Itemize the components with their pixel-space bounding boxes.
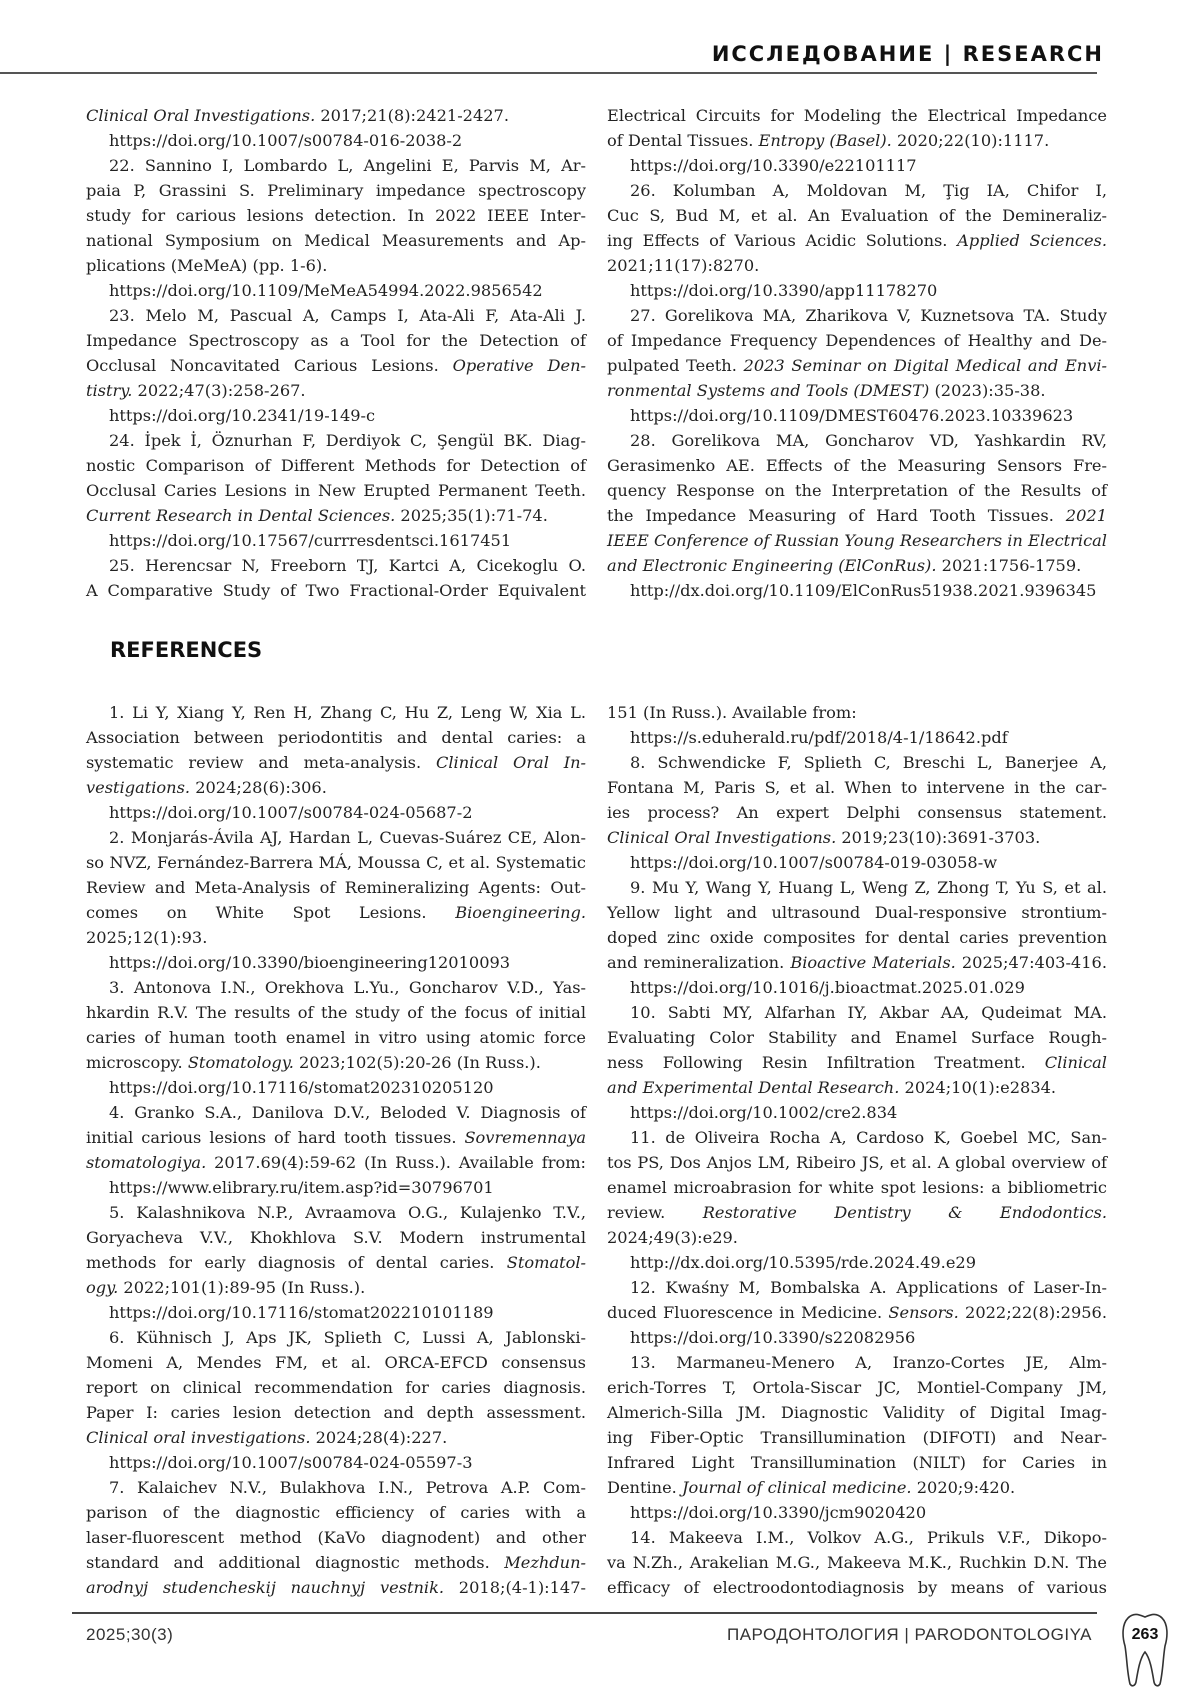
reference-line: Association between periodontitis and de… [86, 725, 586, 750]
reference-text: 2024;28(4):227. [310, 1428, 447, 1447]
reference-text: parison of the diagnostic efficiency of … [86, 1503, 586, 1522]
reference-text: national Symposium on Medical Measuremen… [86, 231, 586, 250]
reference-line: and Electronic Engineering (ElConRus). 2… [607, 553, 1107, 578]
journal-title-text: Current Research in Dental Sciences. [86, 506, 395, 525]
reference-text: Momeni A, Mendes FM, et al. ORCA-EFCD co… [86, 1353, 586, 1372]
reference-line: IEEE Conference of Russian Young Researc… [607, 528, 1107, 553]
reference-line: 14. Makeeva I.M., Volkov A.G., Prikuls V… [607, 1525, 1107, 1550]
journal-title-text: Applied Sciences. [957, 231, 1107, 250]
reference-text: 2018;(4-1):147- [444, 1578, 586, 1597]
reference-line: 7. Kalaichev N.V., Bulakhova I.N., Petro… [86, 1475, 586, 1500]
reference-text: so NVZ, Fernández-Barrera MÁ, Moussa C, … [86, 853, 586, 872]
reference-text: 10. Sabti MY, Alfarhan IY, Akbar AA, Qud… [630, 1003, 1107, 1022]
reference-text: 2025;35(1):71-74. [395, 506, 548, 525]
reference-text: review. [607, 1203, 703, 1222]
reference-text: 6. Kühnisch J, Aps JK, Splieth C, Lussi … [109, 1328, 586, 1347]
reference-text: Evaluating Color Stability and Enamel Su… [607, 1028, 1107, 1047]
reference-text: caries of human tooth enamel in vitro us… [86, 1028, 586, 1047]
reference-line: https://doi.org/10.3390/e22101117 [607, 153, 1107, 178]
reference-text: https://doi.org/10.1002/cre2.834 [630, 1103, 897, 1122]
reference-text: Occlusal Caries Lesions in New Erupted P… [86, 481, 586, 500]
reference-text: https://doi.org/10.1016/j.bioactmat.2025… [630, 978, 1025, 997]
journal-title-text: Clinical oral investigations. [86, 1428, 310, 1447]
reference-text: 28. Gorelikova MA, Goncharov VD, Yashkar… [630, 431, 1107, 450]
reference-line: Occlusal Noncavitated Carious Lesions. O… [86, 353, 586, 378]
reference-line: of Dental Tissues. Entropy (Basel). 2020… [607, 128, 1107, 153]
reference-text: of Dental Tissues. [607, 131, 759, 150]
reference-text: 2017;21(8):2421-2427. [315, 106, 509, 125]
reference-text: 3. Antonova I.N., Orekhova L.Yu., Goncha… [109, 978, 586, 997]
reference-line: https://doi.org/10.3390/bioengineering12… [86, 950, 586, 975]
journal-title-text: Restorative Dentistry & Endodontics. [703, 1203, 1107, 1222]
reference-line: paia P, Grassini S. Preliminary impedanc… [86, 178, 586, 203]
reference-text: 2019;23(10):3691-3703. [836, 828, 1040, 847]
reference-line: hkardin R.V. The results of the study of… [86, 1000, 586, 1025]
reference-text: 11. de Oliveira Rocha A, Cardoso K, Goeb… [630, 1128, 1107, 1147]
reference-line: https://doi.org/10.1109/MeMeA54994.2022.… [86, 278, 586, 303]
reference-text: report on clinical recommendation for ca… [86, 1378, 586, 1397]
reference-line: Infrared Light Transillumination (NILT) … [607, 1450, 1107, 1475]
reference-line: https://doi.org/10.3390/jcm9020420 [607, 1500, 1107, 1525]
reference-text: Association between periodontitis and de… [86, 728, 586, 747]
journal-title-text: and Experimental Dental Research. [607, 1078, 899, 1097]
reference-line: 1. Li Y, Xiang Y, Ren H, Zhang C, Hu Z, … [86, 700, 586, 725]
journal-title-text: vestigations. [86, 778, 190, 797]
section-heading-references: REFERENCES [110, 638, 262, 662]
reference-line: initial carious lesions of hard tooth ti… [86, 1125, 586, 1150]
reference-line: ronmental Systems and Tools (DMEST) (202… [607, 378, 1107, 403]
reference-text: 9. Mu Y, Wang Y, Huang L, Weng Z, Zhong … [630, 878, 1107, 897]
reference-line: http://dx.doi.org/10.5395/rde.2024.49.e2… [607, 1250, 1107, 1275]
reference-text: https://doi.org/10.1109/DMEST60476.2023.… [630, 406, 1073, 425]
references-right-column: 151 (In Russ.). Available from:https://s… [607, 700, 1107, 1600]
reference-line: ness Following Resin Infiltration Treatm… [607, 1050, 1107, 1075]
reference-line: vestigations. 2024;28(6):306. [86, 775, 586, 800]
reference-line: efficacy of electroodontodiagnosis by me… [607, 1575, 1107, 1600]
reference-line: laser-fluorescent method (KaVo diagnoden… [86, 1525, 586, 1550]
reference-line: doped zinc oxide composites for dental c… [607, 925, 1107, 950]
reference-line: Clinical Oral Investigations. 2019;23(10… [607, 825, 1107, 850]
reference-text: 2024;49(3):e29. [607, 1228, 738, 1247]
reference-text: 2022;47(3):258-267. [132, 381, 305, 400]
reference-line: Yellow light and ultrasound Dual-respons… [607, 900, 1107, 925]
journal-title-text: Sovremennaya [464, 1128, 586, 1147]
reference-text: Review and Meta-Analysis of Remineralizi… [86, 878, 586, 897]
reference-text: Gerasimenko AE. Effects of the Measuring… [607, 456, 1107, 475]
reference-text: 13. Marmaneu-Menero A, Iranzo-Cortes JE,… [630, 1353, 1107, 1372]
reference-text: 151 (In Russ.). Available from: [607, 703, 857, 722]
reference-line: Occlusal Caries Lesions in New Erupted P… [86, 478, 586, 503]
reference-text: https://www.elibrary.ru/item.asp?id=3079… [109, 1178, 494, 1197]
reference-text: pulpated Teeth. [607, 356, 744, 375]
journal-title-text: ronmental Systems and Tools (DMEST) [607, 381, 929, 400]
reference-text: https://doi.org/10.17567/currresdentsci.… [109, 531, 511, 550]
reference-line: tos PS, Dos Anjos LM, Ribeiro JS, et al.… [607, 1150, 1107, 1175]
reference-text: https://doi.org/10.1109/MeMeA54994.2022.… [109, 281, 543, 300]
reference-line: 6. Kühnisch J, Aps JK, Splieth C, Lussi … [86, 1325, 586, 1350]
reference-text: 14. Makeeva I.M., Volkov A.G., Prikuls V… [630, 1528, 1107, 1547]
reference-text: 8. Schwendicke F, Splieth C, Breschi L, … [630, 753, 1107, 772]
reference-text: https://doi.org/10.3390/e22101117 [630, 156, 917, 175]
reference-line: methods for early diagnosis of dental ca… [86, 1250, 586, 1275]
reference-text: https://doi.org/10.17116/stomat202210101… [109, 1303, 494, 1322]
reference-text: 2024;28(6):306. [190, 778, 327, 797]
reference-text: enamel microabrasion for white spot lesi… [607, 1178, 1107, 1197]
reference-line: study for carious lesions detection. In … [86, 203, 586, 228]
reference-line: arodnyj studencheskij nauchnyj vestnik. … [86, 1575, 586, 1600]
reference-line: Fontana M, Paris S, et al. When to inter… [607, 775, 1107, 800]
journal-title-text: 2021 [1066, 506, 1107, 525]
reference-line: systematic review and meta-analysis. Cli… [86, 750, 586, 775]
reference-text: va N.Zh., Arakelian M.G., Makeeva M.K., … [607, 1553, 1107, 1572]
reference-text: 7. Kalaichev N.V., Bulakhova I.N., Petro… [109, 1478, 586, 1497]
reference-line: and Experimental Dental Research. 2024;1… [607, 1075, 1107, 1100]
journal-title-text: Clinical Oral Investigations. [607, 828, 836, 847]
reference-text: http://dx.doi.org/10.1109/ElConRus51938.… [630, 581, 1096, 600]
reference-line: of Impedance Frequency Dependences of He… [607, 328, 1107, 353]
reference-text: 2020;22(10):1117. [892, 131, 1049, 150]
reference-text: 24. İpek İ, Öznurhan F, Derdiyok C, Şeng… [109, 431, 586, 450]
reference-line: 24. İpek İ, Öznurhan F, Derdiyok C, Şeng… [86, 428, 586, 453]
reference-line: ing Effects of Various Acidic Solutions.… [607, 228, 1107, 253]
reference-text: https://doi.org/10.3390/jcm9020420 [630, 1503, 926, 1522]
reference-line: 23. Melo M, Pascual A, Camps I, Ata-Ali … [86, 303, 586, 328]
reference-line: https://s.eduherald.ru/pdf/2018/4-1/1864… [607, 725, 1107, 750]
reference-text: https://doi.org/10.17116/stomat202310205… [109, 1078, 494, 1097]
reference-line: https://doi.org/10.1109/DMEST60476.2023.… [607, 403, 1107, 428]
reference-text: and remineralization. [607, 953, 790, 972]
reference-line: caries of human tooth enamel in vitro us… [86, 1025, 586, 1050]
reference-text: comes on White Spot Lesions. [86, 903, 455, 922]
reference-line: 28. Gorelikova MA, Goncharov VD, Yashkar… [607, 428, 1107, 453]
reference-text: https://doi.org/10.1007/s00784-024-05687… [109, 803, 473, 822]
reference-text: 2023;102(5):20-26 (In Russ.). [294, 1053, 541, 1072]
reference-line: Electrical Circuits for Modeling the Ele… [607, 103, 1107, 128]
reference-text: https://doi.org/10.3390/s22082956 [630, 1328, 915, 1347]
reference-line: Current Research in Dental Sciences. 202… [86, 503, 586, 528]
reference-text: 23. Melo M, Pascual A, Camps I, Ata-Ali … [109, 306, 586, 325]
journal-title-text: Mezhdun- [504, 1553, 586, 1572]
reference-text: 22. Sannino I, Lombardo L, Angelini E, P… [109, 156, 586, 175]
reference-text: https://doi.org/10.3390/bioengineering12… [109, 953, 510, 972]
reference-text: plications (MeMeA) (pp. 1-6). [86, 256, 327, 275]
footer-journal-name: ПАРОДОНТОЛОГИЯ | PARODONTOLOGIYA [727, 1625, 1092, 1645]
reference-text: https://doi.org/10.1007/s00784-024-05597… [109, 1453, 473, 1472]
reference-line: ogy. 2022;101(1):89-95 (In Russ.). [86, 1275, 586, 1300]
reference-text: 2025;12(1):93. [86, 928, 207, 947]
reference-text: doped zinc oxide composites for dental c… [607, 928, 1107, 947]
journal-title-text: stomatologiya. [86, 1153, 206, 1172]
reference-line: review. Restorative Dentistry & Endodont… [607, 1200, 1107, 1250]
journal-title-text: 2023 Seminar on Digital Medical and Envi… [744, 356, 1107, 375]
reference-text: the Impedance Measuring of Hard Tooth Ti… [607, 506, 1066, 525]
reference-line: 5. Kalashnikova N.P., Avraamova O.G., Ku… [86, 1200, 586, 1225]
reference-text: ing Fiber-Optic Transillumination (DIFOT… [607, 1428, 1107, 1447]
reference-text: 27. Gorelikova MA, Zharikova V, Kuznetso… [630, 306, 1107, 325]
reference-text: Occlusal Noncavitated Carious Lesions. [86, 356, 453, 375]
references-continued-left-column: Clinical Oral Investigations. 2017;21(8)… [86, 103, 586, 603]
references-left-column: 1. Li Y, Xiang Y, Ren H, Zhang C, Hu Z, … [86, 700, 586, 1600]
reference-text: Yellow light and ultrasound Dual-respons… [607, 903, 1107, 922]
reference-text: 25. Herencsar N, Freeborn TJ, Kartci A, … [109, 556, 586, 575]
reference-line: microscopy. Stomatology. 2023;102(5):20-… [86, 1050, 586, 1075]
reference-line: stomatologiya. 2017.69(4):59-62 (In Russ… [86, 1150, 586, 1175]
reference-text: of Impedance Frequency Dependences of He… [607, 331, 1107, 350]
reference-line: https://doi.org/10.3390/s22082956 [607, 1325, 1107, 1350]
reference-text: Cuc S, Bud M, et al. An Evaluation of th… [607, 206, 1107, 225]
journal-title-text: Bioengineering. [455, 903, 586, 922]
reference-text: Dentine. [607, 1478, 682, 1497]
reference-text: ies process? An expert Delphi consensus … [607, 803, 1107, 822]
reference-text: 4. Granko S.A., Danilova D.V., Beloded V… [109, 1103, 586, 1122]
journal-title-text: tistry. [86, 381, 132, 400]
reference-line: erich-Torres T, Ortola-Siscar JC, Montie… [607, 1375, 1107, 1400]
reference-line: pulpated Teeth. 2023 Seminar on Digital … [607, 353, 1107, 378]
reference-line: https://www.elibrary.ru/item.asp?id=3079… [86, 1175, 586, 1200]
reference-text: Electrical Circuits for Modeling the Ele… [607, 106, 1107, 125]
reference-line: http://dx.doi.org/10.1109/ElConRus51938.… [607, 578, 1107, 603]
reference-line: 12. Kwaśny M, Bombalska A. Applications … [607, 1275, 1107, 1300]
header-divider [0, 72, 1097, 74]
reference-text: Infrared Light Transillumination (NILT) … [607, 1453, 1107, 1472]
journal-title-text: Clinical Oral In- [436, 753, 586, 772]
reference-text: 5. Kalashnikova N.P., Avraamova O.G., Ku… [109, 1203, 586, 1222]
reference-text: ing Effects of Various Acidic Solutions. [607, 231, 957, 250]
reference-line: tistry. 2022;47(3):258-267. [86, 378, 586, 403]
reference-line: Evaluating Color Stability and Enamel Su… [607, 1025, 1107, 1050]
journal-title-text: and Electronic Engineering (ElConRus). [607, 556, 937, 575]
reference-line: Clinical Oral Investigations. 2017;21(8)… [86, 103, 586, 128]
reference-text: initial carious lesions of hard tooth ti… [86, 1128, 464, 1147]
reference-line: https://doi.org/10.17116/stomat202210101… [86, 1300, 586, 1325]
reference-text: study for carious lesions detection. In … [86, 206, 586, 225]
journal-title-text: Stomatol- [507, 1253, 586, 1272]
reference-text: paia P, Grassini S. Preliminary impedanc… [86, 181, 586, 200]
reference-text: 2024;10(1):e2834. [899, 1078, 1056, 1097]
reference-line: https://doi.org/10.17116/stomat202310205… [86, 1075, 586, 1100]
reference-line: https://doi.org/10.1007/s00784-016-2038-… [86, 128, 586, 153]
reference-text: 2021;11(17):8270. [607, 256, 759, 275]
reference-text: A Comparative Study of Two Fractional-Or… [86, 581, 586, 600]
reference-text: standard and additional diagnostic metho… [86, 1553, 504, 1572]
references-continued-right-column: Electrical Circuits for Modeling the Ele… [607, 103, 1107, 603]
journal-title-text: Journal of clinical medicine. [682, 1478, 912, 1497]
reference-line: 2021;11(17):8270. [607, 253, 1107, 278]
reference-line: Clinical oral investigations. 2024;28(4)… [86, 1425, 586, 1450]
reference-text: http://dx.doi.org/10.5395/rde.2024.49.e2… [630, 1253, 976, 1272]
reference-text: 2025;47:403-416. [956, 953, 1107, 972]
reference-line: 4. Granko S.A., Danilova D.V., Beloded V… [86, 1100, 586, 1125]
reference-line: 22. Sannino I, Lombardo L, Angelini E, P… [86, 153, 586, 178]
reference-text: systematic review and meta-analysis. [86, 753, 436, 772]
reference-line: duced Fluorescence in Medicine. Sensors.… [607, 1300, 1107, 1325]
reference-line: ing Fiber-Optic Transillumination (DIFOT… [607, 1425, 1107, 1450]
reference-text: 2017.69(4):59-62 (In Russ.). Available f… [206, 1153, 586, 1172]
reference-line: A Comparative Study of Two Fractional-Or… [86, 578, 586, 603]
reference-line: comes on White Spot Lesions. Bioengineer… [86, 900, 586, 950]
reference-line: va N.Zh., Arakelian M.G., Makeeva M.K., … [607, 1550, 1107, 1575]
reference-text: microscopy. [86, 1053, 188, 1072]
journal-title-text: Clinical Oral Investigations. [86, 106, 315, 125]
journal-title-text: Clinical [1045, 1053, 1107, 1072]
reference-line: 10. Sabti MY, Alfarhan IY, Akbar AA, Qud… [607, 1000, 1107, 1025]
reference-line: 151 (In Russ.). Available from: [607, 700, 1107, 725]
reference-text: Paper I: caries lesion detection and dep… [86, 1403, 586, 1422]
reference-line: Goryacheva V.V., Khokhlova S.V. Modern i… [86, 1225, 586, 1250]
tooth-icon [1118, 1610, 1172, 1688]
reference-line: the Impedance Measuring of Hard Tooth Ti… [607, 503, 1107, 528]
reference-line: enamel microabrasion for white spot lesi… [607, 1175, 1107, 1200]
reference-text: methods for early diagnosis of dental ca… [86, 1253, 507, 1272]
reference-text: 2020;9:420. [912, 1478, 1016, 1497]
reference-text: efficacy of electroodontodiagnosis by me… [607, 1578, 1107, 1597]
reference-text: 2. Monjarás-Ávila AJ, Hardan L, Cuevas-S… [109, 828, 586, 847]
reference-line: 13. Marmaneu-Menero A, Iranzo-Cortes JE,… [607, 1350, 1107, 1375]
reference-line: nostic Comparison of Different Methods f… [86, 453, 586, 478]
reference-text: duced Fluorescence in Medicine. [607, 1303, 888, 1322]
reference-text: 2022;101(1):89-95 (In Russ.). [118, 1278, 365, 1297]
reference-text: 26. Kolumban A, Moldovan M, Ţig IA, Chif… [630, 181, 1107, 200]
reference-line: https://doi.org/10.1007/s00784-024-05687… [86, 800, 586, 825]
reference-line: 11. de Oliveira Rocha A, Cardoso K, Goeb… [607, 1125, 1107, 1150]
reference-text: Goryacheva V.V., Khokhlova S.V. Modern i… [86, 1228, 586, 1247]
reference-text: Fontana M, Paris S, et al. When to inter… [607, 778, 1107, 797]
reference-line: Cuc S, Bud M, et al. An Evaluation of th… [607, 203, 1107, 228]
reference-text: 2021:1756-1759. [937, 556, 1082, 575]
reference-text: https://doi.org/10.1007/s00784-016-2038-… [109, 131, 462, 150]
reference-text: https://s.eduherald.ru/pdf/2018/4-1/1864… [630, 728, 1008, 747]
reference-line: quency Response on the Interpretation of… [607, 478, 1107, 503]
reference-line: ies process? An expert Delphi consensus … [607, 800, 1107, 825]
page-number: 263 [1118, 1626, 1172, 1644]
reference-line: 2. Monjarás-Ávila AJ, Hardan L, Cuevas-S… [86, 825, 586, 850]
reference-text: erich-Torres T, Ortola-Siscar JC, Montie… [607, 1378, 1107, 1397]
reference-line: https://doi.org/10.3390/app11178270 [607, 278, 1107, 303]
reference-line: https://doi.org/10.2341/19-149-c [86, 403, 586, 428]
reference-line: and remineralization. Bioactive Material… [607, 950, 1107, 975]
reference-line: Impedance Spectroscopy as a Tool for the… [86, 328, 586, 353]
reference-text: (2023):35-38. [929, 381, 1045, 400]
reference-line: https://doi.org/10.1007/s00784-019-03058… [607, 850, 1107, 875]
reference-line: 9. Mu Y, Wang Y, Huang L, Weng Z, Zhong … [607, 875, 1107, 900]
reference-text: https://doi.org/10.1007/s00784-019-03058… [630, 853, 997, 872]
reference-line: 8. Schwendicke F, Splieth C, Breschi L, … [607, 750, 1107, 775]
reference-text: laser-fluorescent method (KaVo diagnoden… [86, 1528, 586, 1547]
reference-line: https://doi.org/10.1007/s00784-024-05597… [86, 1450, 586, 1475]
reference-line: https://doi.org/10.17567/currresdentsci.… [86, 528, 586, 553]
journal-title-text: IEEE Conference of Russian Young Researc… [607, 531, 1107, 550]
journal-title-text: Bioactive Materials. [790, 953, 956, 972]
reference-text: quency Response on the Interpretation of… [607, 481, 1107, 500]
reference-line: Review and Meta-Analysis of Remineralizi… [86, 875, 586, 900]
reference-text: Almerich-Silla JM. Diagnostic Validity o… [607, 1403, 1107, 1422]
reference-line: Paper I: caries lesion detection and dep… [86, 1400, 586, 1425]
journal-title-text: Operative Den- [453, 356, 586, 375]
footer-divider [72, 1612, 1097, 1614]
reference-line: Momeni A, Mendes FM, et al. ORCA-EFCD co… [86, 1350, 586, 1375]
reference-text: 2022;22(8):2956. [959, 1303, 1107, 1322]
reference-line: Gerasimenko AE. Effects of the Measuring… [607, 453, 1107, 478]
reference-text: https://doi.org/10.2341/19-149-c [109, 406, 375, 425]
reference-text: Impedance Spectroscopy as a Tool for the… [86, 331, 586, 350]
reference-line: 25. Herencsar N, Freeborn TJ, Kartci A, … [86, 553, 586, 578]
reference-line: 3. Antonova I.N., Orekhova L.Yu., Goncha… [86, 975, 586, 1000]
reference-line: https://doi.org/10.1002/cre2.834 [607, 1100, 1107, 1125]
journal-title-text: Stomatology. [188, 1053, 294, 1072]
reference-line: Almerich-Silla JM. Diagnostic Validity o… [607, 1400, 1107, 1425]
reference-line: national Symposium on Medical Measuremen… [86, 228, 586, 253]
reference-text: tos PS, Dos Anjos LM, Ribeiro JS, et al.… [607, 1153, 1107, 1172]
reference-text: nostic Comparison of Different Methods f… [86, 456, 586, 475]
reference-line: plications (MeMeA) (pp. 1-6). [86, 253, 586, 278]
reference-line: parison of the diagnostic efficiency of … [86, 1500, 586, 1525]
reference-line: standard and additional diagnostic metho… [86, 1550, 586, 1575]
running-header-title: ИССЛЕДОВАНИЕ | RESEARCH [712, 42, 1104, 66]
reference-line: so NVZ, Fernández-Barrera MÁ, Moussa C, … [86, 850, 586, 875]
reference-line: 26. Kolumban A, Moldovan M, Ţig IA, Chif… [607, 178, 1107, 203]
reference-text: 12. Kwaśny M, Bombalska A. Applications … [630, 1278, 1107, 1297]
footer-issue: 2025;30(3) [86, 1625, 173, 1645]
journal-title-text: Entropy (Basel). [759, 131, 892, 150]
journal-title-text: arodnyj studencheskij nauchnyj vestnik. [86, 1578, 444, 1597]
reference-text: 1. Li Y, Xiang Y, Ren H, Zhang C, Hu Z, … [109, 703, 586, 722]
journal-title-text: ogy. [86, 1278, 118, 1297]
reference-line: Dentine. Journal of clinical medicine. 2… [607, 1475, 1107, 1500]
reference-text: https://doi.org/10.3390/app11178270 [630, 281, 937, 300]
reference-line: 27. Gorelikova MA, Zharikova V, Kuznetso… [607, 303, 1107, 328]
reference-line: report on clinical recommendation for ca… [86, 1375, 586, 1400]
journal-title-text: Sensors. [888, 1303, 958, 1322]
reference-line: https://doi.org/10.1016/j.bioactmat.2025… [607, 975, 1107, 1000]
reference-text: ness Following Resin Infiltration Treatm… [607, 1053, 1045, 1072]
reference-text: hkardin R.V. The results of the study of… [86, 1003, 586, 1022]
